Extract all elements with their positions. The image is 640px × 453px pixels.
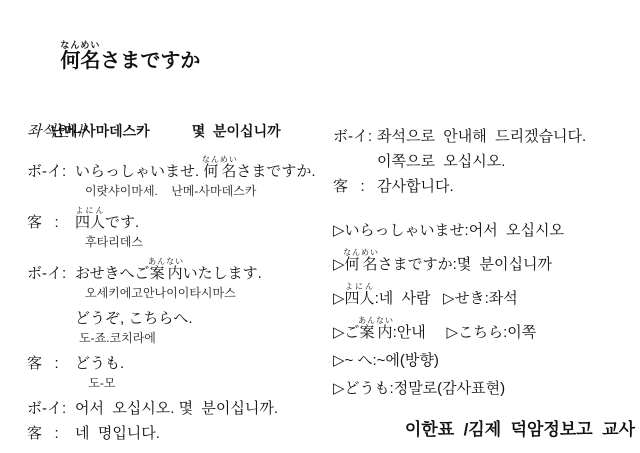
vocab-text: ▷いらっしゃいませ:어서 오십시오 <box>333 222 564 239</box>
text-segment: いらっしゃいませ. <box>75 163 203 180</box>
text-segment: 어서 오십시오. 몇 분이십니까. <box>75 400 278 417</box>
transliteration: 오세키에고안나이이타시마스 <box>85 286 323 301</box>
dialogue-line: 客 : どうも. <box>27 353 323 374</box>
text-segment: どうも. <box>75 355 124 372</box>
furigana: よにん <box>75 206 105 215</box>
vocab-item: ▷四人よにん:네 사람 ▷せき:좌석 <box>333 282 635 309</box>
vocab-text: :네 사람 ▷せき:좌석 <box>375 290 518 307</box>
dialogue-line: ボ-イ: 어서 오십시오. 몇 분이십니까. <box>27 398 323 419</box>
ruby-word: 案内あんない <box>150 265 183 282</box>
text-segment: です. <box>105 214 139 231</box>
speaker-label: ボ-イ: <box>27 263 75 284</box>
furigana: あんない <box>148 257 184 266</box>
dialogue-text: 四人よにんです. <box>75 206 139 233</box>
text-segment: おせきへご <box>75 265 150 282</box>
title-furigana: なんめい <box>60 40 100 50</box>
title-rest: さまですか <box>100 50 200 72</box>
ruby-base: 四人 <box>75 214 105 231</box>
text-segment: さまですか. <box>236 163 315 180</box>
vocab-item: ▷どうも:정말로(감사표현) <box>333 378 635 399</box>
dialogue-line: ボ-イ: 좌석으로 안내해 드리겠습니다. <box>333 124 635 149</box>
text-segment: どうぞ, こちらへ. <box>75 310 193 327</box>
ruby-word: 四人よにん <box>345 290 375 307</box>
dialogue-line: ボ-イ: おせきへご案内あんないいたします. <box>27 257 323 284</box>
page-title: 何名なんめいさまですか <box>27 18 281 97</box>
vocabulary-list: ▷いらっしゃいませ:어서 오십시오 ▷何名なんめいさまですか:몇 분이십니까 ▷… <box>333 220 635 399</box>
worksheet-page: 何名なんめいさまですか 난메-사마데스카몇 분이십니까 좌석안내 ボ-イ: いら… <box>0 0 640 453</box>
vocab-text: :안내 ▷こちら:이쪽 <box>393 324 537 341</box>
ruby-word: 何名なんめい <box>345 256 378 273</box>
speaker-label: 客 : <box>27 212 75 233</box>
furigana: なんめい <box>343 248 379 257</box>
dialogue-text: 좌석으로 안내해 드리겠습니다. <box>377 124 586 149</box>
ruby-base: 案内 <box>148 265 184 282</box>
dialogue-column-korean: ボ-イ: 좌석으로 안내해 드리겠습니다. 이쪽으로 오십시오. 客 : 감사합… <box>333 124 635 440</box>
dialogue-text: おせきへご案内あんないいたします. <box>75 257 262 284</box>
dialogue-text: 감사합니다. <box>377 174 454 199</box>
ruby-base: 何名 <box>202 163 238 180</box>
dialogue-column-japanese: 좌석안내 ボ-イ: いらっしゃいませ. 何名なんめいさまですか. 이랏샤이마세.… <box>27 122 323 448</box>
ruby-base: 案内 <box>358 324 394 341</box>
dialogue-text: 네 명입니다. <box>75 423 160 444</box>
furigana: あんない <box>358 316 394 325</box>
transliteration: 이랏샤이마세. 난메-사마데스카 <box>85 184 323 199</box>
dialogue-text: 이쪽으로 오십시오. <box>377 149 505 174</box>
ruby-base: 四人 <box>345 290 375 307</box>
text-segment: いたします. <box>183 265 262 282</box>
dialogue-text: 어서 오십시오. 몇 분이십니까. <box>75 398 278 419</box>
text-segment: 네 명입니다. <box>75 425 160 442</box>
vocab-item: ▷ご案内あんない:안내 ▷こちら:이쪽 <box>333 316 635 343</box>
speaker-label: ボ-イ: <box>27 161 75 182</box>
vocab-text: ▷ <box>333 290 345 307</box>
ruby-word: 案内あんない <box>360 324 393 341</box>
vocab-item: ▷~ へ:~에(방향) <box>333 350 635 371</box>
dialogue-text: いらっしゃいませ. 何名なんめいさまですか. <box>75 155 316 182</box>
section-heading: 좌석안내 <box>27 122 323 142</box>
vocab-text: さまですか:몇 분이십니까 <box>378 256 552 273</box>
dialogue-line: ボ-イ: いらっしゃいませ. 何名なんめいさまですか. <box>27 155 323 182</box>
title-ruby: 何名なんめい <box>60 50 100 72</box>
vocab-text: ▷~ へ:~에(방향) <box>333 352 439 369</box>
speaker-label: ボ-イ: <box>27 398 75 419</box>
author-signature: 이한표 /김제 덕암정보고 교사 <box>333 415 635 440</box>
title-ruby-base: 何名 <box>60 50 100 72</box>
transliteration: 도-죠.코치라에 <box>79 331 323 346</box>
transliteration: 도-모 <box>85 376 323 391</box>
dialogue-line: 客 : 네 명입니다. <box>27 423 323 444</box>
ruby-word: 四人よにん <box>75 214 105 231</box>
transliteration: 후타리데스 <box>85 235 323 250</box>
furigana: よにん <box>345 282 375 291</box>
speaker-label: 客 : <box>27 423 75 444</box>
ruby-word: 何名なんめい <box>203 163 236 180</box>
vocab-text: ▷ご <box>333 324 360 341</box>
ruby-base: 何名 <box>343 256 379 273</box>
vocab-item: ▷何名なんめいさまですか:몇 분이십니까 <box>333 248 635 275</box>
speaker-label: 客 : <box>27 353 75 374</box>
vocab-item: ▷いらっしゃいませ:어서 오십시오 <box>333 220 635 241</box>
speaker-label <box>333 149 377 174</box>
dialogue-line: 客 : 四人よにんです. <box>27 206 323 233</box>
dialogue-line: 이쪽으로 오십시오. <box>333 149 635 174</box>
dialogue-text: どうぞ, こちらへ. <box>75 308 193 329</box>
dialogue-line: どうぞ, こちらへ. <box>27 308 323 329</box>
furigana: なんめい <box>202 155 238 164</box>
dialogue-text: どうも. <box>75 353 124 374</box>
speaker-label: ボ-イ: <box>333 124 377 149</box>
vocab-text: ▷どうも:정말로(감사표현) <box>333 380 505 397</box>
speaker-label: 客 : <box>333 174 377 199</box>
dialogue-line: 客 : 감사합니다. <box>333 174 635 199</box>
